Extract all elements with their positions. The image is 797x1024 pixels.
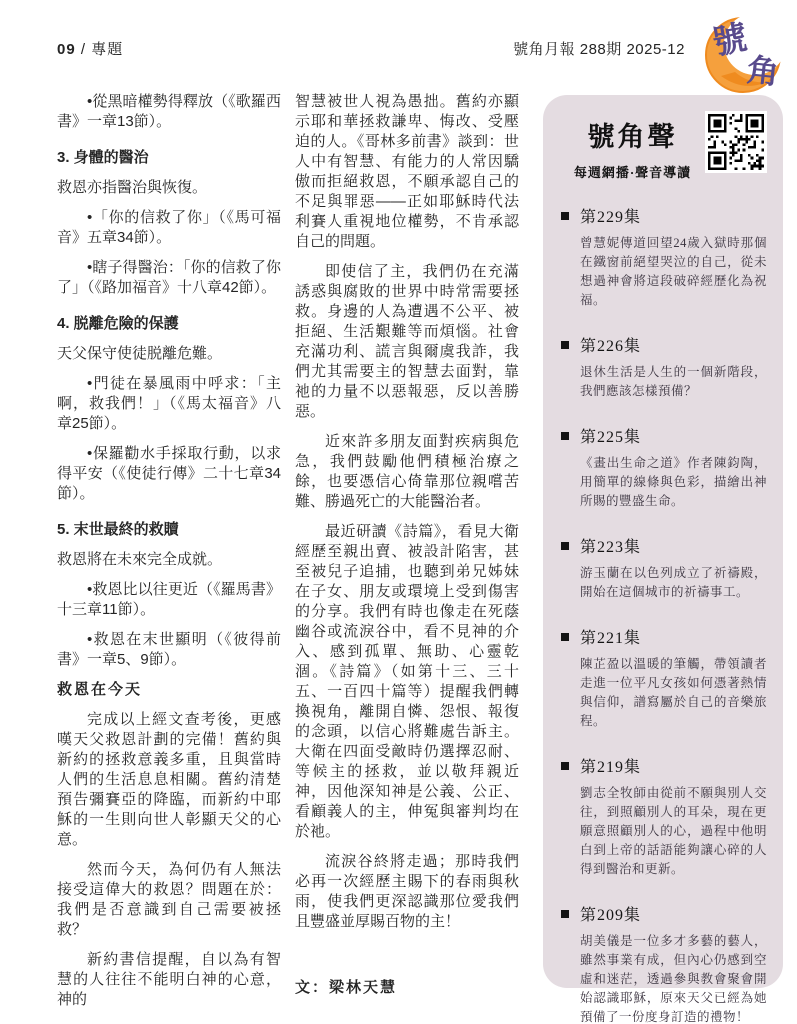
paragraph: 近來許多朋友面對疾病與危急，我們鼓勵他們積極治療之餘，也要憑信心倚靠那位親嚐苦難… <box>295 432 519 512</box>
episode-title: 第209集 <box>580 902 641 925</box>
square-bullet-icon <box>561 633 569 641</box>
paragraph: 即使信了主，我們仍在充滿誘惑與腐敗的世界中時常需要拯救。身邊的人為遭遇不公平、被… <box>295 262 519 422</box>
square-bullet-icon <box>561 762 569 770</box>
episode-title: 第226集 <box>580 333 641 356</box>
episode-item: 第219集 劉志全牧師由從前不願與別人交往，到照顧別人的耳朵，現在更願意照顧別人… <box>560 754 767 879</box>
bullet-item: •救恩在末世顯明（《彼得前書》一章5、9節）。 <box>57 630 281 670</box>
paragraph: 智慧被世人視為愚拙。舊約亦顯示耶和華拯救謙卑、悔改、受壓迫的人。《哥林多前書》談… <box>295 92 519 252</box>
square-bullet-icon <box>561 542 569 550</box>
episode-item: 第221集 陳芷盈以溫暖的筆觸，帶領讀者走進一位平凡女孩如何憑著熱情與信仰，譜寫… <box>560 625 767 731</box>
square-bullet-icon <box>561 910 569 918</box>
logo-char-1: 號 <box>710 19 750 62</box>
episode-item: 第209集 胡美儀是一位多才多藝的藝人，雖然事業有成，但內心仍感到空虛和迷茫，透… <box>560 902 767 1024</box>
sidebar-header: 號角聲 每週網播·聲音導讀 <box>560 111 767 181</box>
episode-title: 第219集 <box>580 754 641 777</box>
episode-title: 第229集 <box>580 204 641 227</box>
episode-item: 第223集 游玉蘭在以色列成立了祈禱殿，開始在這個城市的祈禱事工。 <box>560 534 767 602</box>
sub-heading: 5. 末世最終的救贖 <box>57 520 281 540</box>
paragraph: 天父保守使徒脱離危難。 <box>57 344 281 364</box>
episode-description: 曾慧妮傳道回望24歲入獄時那個在鐵窗前絕望哭泣的自己，從未想過神會將這段破碎經歷… <box>580 234 767 310</box>
hornvoice-sidebar-panel: 號角聲 每週網播·聲音導讀 第229集 曾慧妮傳道回望24歲入獄時那個在鐵窗前絕… <box>543 95 783 988</box>
paragraph: 新約書信提醒，自以為有智慧的人往往不能明白神的心意，神的 <box>57 950 281 1010</box>
episode-title: 第221集 <box>580 625 641 648</box>
paragraph: 救恩將在未來完全成就。 <box>57 550 281 570</box>
paragraph: 然而今天，為何仍有人無法接受這偉大的救恩？問題在於：我們是否意識到自己需要被拯救… <box>57 860 281 940</box>
sidebar-title: 號角聲 <box>560 115 705 154</box>
bullet-item: •「你的信救了你」（《馬可福音》五章34節）。 <box>57 208 281 248</box>
square-bullet-icon <box>561 432 569 440</box>
logo-char-2: 角 <box>745 52 781 91</box>
episode-description: 劉志全牧師由從前不願與別人交往，到照顧別人的耳朵，現在更願意照顧別人的心，過程中… <box>580 784 767 879</box>
author-byline: 文：梁林天慧 <box>295 978 519 998</box>
episode-description: 《畫出生命之道》作者陳鈞陶，用簡單的線條與色彩，描繪出神所賜的豐盛生命。 <box>580 454 767 511</box>
episode-item: 第225集 《畫出生命之道》作者陳鈞陶，用簡單的線條與色彩，描繪出神所賜的豐盛生… <box>560 424 767 511</box>
episode-title: 第223集 <box>580 534 641 557</box>
episode-description: 胡美儀是一位多才多藝的藝人，雖然事業有成，但內心仍感到空虛和迷茫，透過參與教會聚… <box>580 932 767 1024</box>
episode-title: 第225集 <box>580 424 641 447</box>
bullet-item: •保羅勸水手採取行動，以求得平安（《使徒行傳》二十七章34節）。 <box>57 444 281 504</box>
issue-label: 號角月報 288期 2025-12 <box>513 38 685 59</box>
paragraph: 救恩亦指醫治與恢復。 <box>57 178 281 198</box>
bullet-item: •門徒在暴風雨中呼求：「主啊，救我們！」（《馬太福音》八章25節）。 <box>57 374 281 434</box>
sub-heading: 4. 脱離危險的保護 <box>57 314 281 334</box>
hornbugle-logo: 號 角 <box>701 6 793 100</box>
section-title: 救恩在今天 <box>57 680 281 700</box>
episode-item: 第229集 曾慧妮傳道回望24歲入獄時那個在鐵窗前絕望哭泣的自己，從未想過神會將… <box>560 204 767 310</box>
article-column-middle: 智慧被世人視為愚拙。舊約亦顯示耶和華拯救謙卑、悔改、受壓迫的人。《哥林多前書》談… <box>295 92 519 1008</box>
square-bullet-icon <box>561 341 569 349</box>
bullet-item: •從黑暗權勢得釋放（《歌羅西書》一章13節）。 <box>57 92 281 132</box>
bullet-item: •瞎子得醫治：「你的信救了你了」（《路加福音》十八章42節）。 <box>57 258 281 298</box>
page-number: 09 <box>57 41 76 58</box>
magazine-page: 09 / 專題 號角月報 288期 2025-12 號 角 •從黑暗權勢得釋放（… <box>0 0 797 1024</box>
crescent-horn-icon: 號 角 <box>701 6 793 100</box>
paragraph: 最近研讀《詩篇》，看見大衛經歷至親出賣、被設計陷害，甚至被兒子追捕，也聽到弟兄姊… <box>295 522 519 842</box>
sidebar-titles: 號角聲 每週網播·聲音導讀 <box>560 111 705 181</box>
sub-heading: 3. 身體的醫治 <box>57 148 281 168</box>
paragraph: 完成以上經文查考後，更感嘆天父救恩計劃的完備！舊約與新約的拯救意義多重，且與當時… <box>57 710 281 850</box>
bullet-item: •救恩比以往更近（《羅馬書》十三章11節）。 <box>57 580 281 620</box>
page-header-left: 09 / 專題 <box>57 38 123 59</box>
square-bullet-icon <box>561 212 569 220</box>
sidebar-subtitle: 每週網播·聲音導讀 <box>560 162 705 181</box>
episode-description: 退休生活是人生的一個新階段，我們應該怎樣預備？ <box>580 363 767 401</box>
episode-description: 游玉蘭在以色列成立了祈禱殿，開始在這個城市的祈禱事工。 <box>580 564 767 602</box>
section-label: / 專題 <box>81 41 123 58</box>
episode-item: 第226集 退休生活是人生的一個新階段，我們應該怎樣預備？ <box>560 333 767 401</box>
paragraph: 流淚谷終將走過；那時我們必再一次經歷主賜下的春雨與秋雨，使我們更深認識那位愛我們… <box>295 852 519 932</box>
episode-description: 陳芷盈以溫暖的筆觸，帶領讀者走進一位平凡女孩如何憑著熱情與信仰，譜寫屬於自己的音… <box>580 655 767 731</box>
article-column-left: •從黑暗權勢得釋放（《歌羅西書》一章13節）。 3. 身體的醫治 救恩亦指醫治與… <box>57 92 281 1020</box>
qr-code-icon <box>705 111 767 173</box>
